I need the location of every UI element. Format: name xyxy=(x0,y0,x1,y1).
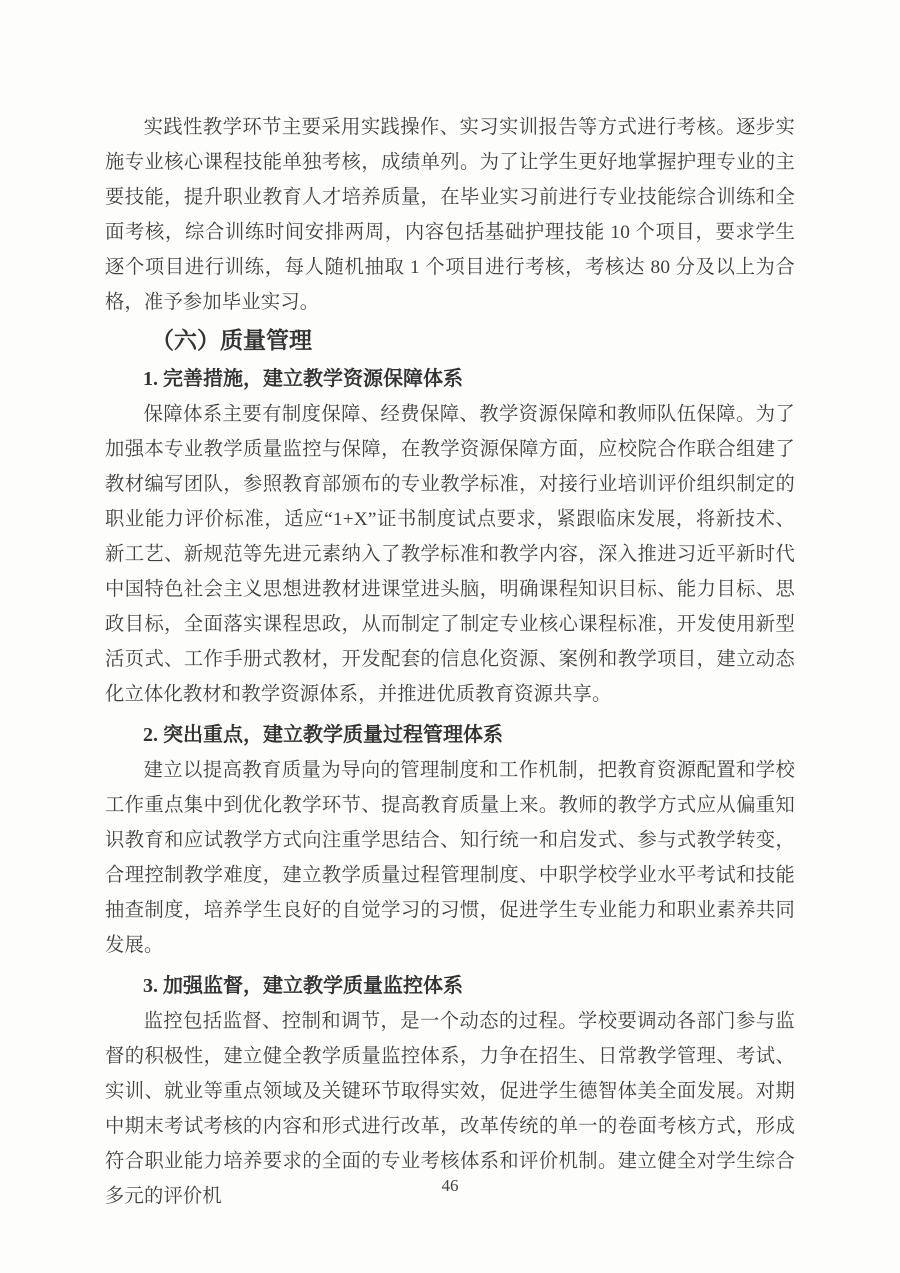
page-number: 46 xyxy=(0,1176,900,1196)
section-heading-quality-management: （六）质量管理 xyxy=(105,320,795,362)
subsection-paragraph-2: 建立以提高教育质量为导向的管理制度和工作机制，把教育资源配置和学校工作重点集中到… xyxy=(105,753,795,963)
subsection-paragraph-1: 保障体系主要有制度保障、经费保障、教学资源保障和教师队伍保障。为了加强本专业教学… xyxy=(105,397,795,712)
intro-paragraph: 实践性教学环节主要采用实践操作、实习实训报告等方式进行考核。逐步实施专业核心课程… xyxy=(105,110,795,320)
subsection-heading-3: 3. 加强监督，建立教学质量监控体系 xyxy=(105,969,795,1004)
document-content: 实践性教学环节主要采用实践操作、实习实训报告等方式进行考核。逐步实施专业核心课程… xyxy=(105,110,795,1214)
document-page: 实践性教学环节主要采用实践操作、实习实训报告等方式进行考核。逐步实施专业核心课程… xyxy=(0,0,900,1273)
subsection-heading-1: 1. 完善措施，建立教学资源保障体系 xyxy=(105,362,795,397)
subsection-heading-2: 2. 突出重点，建立教学质量过程管理体系 xyxy=(105,718,795,753)
